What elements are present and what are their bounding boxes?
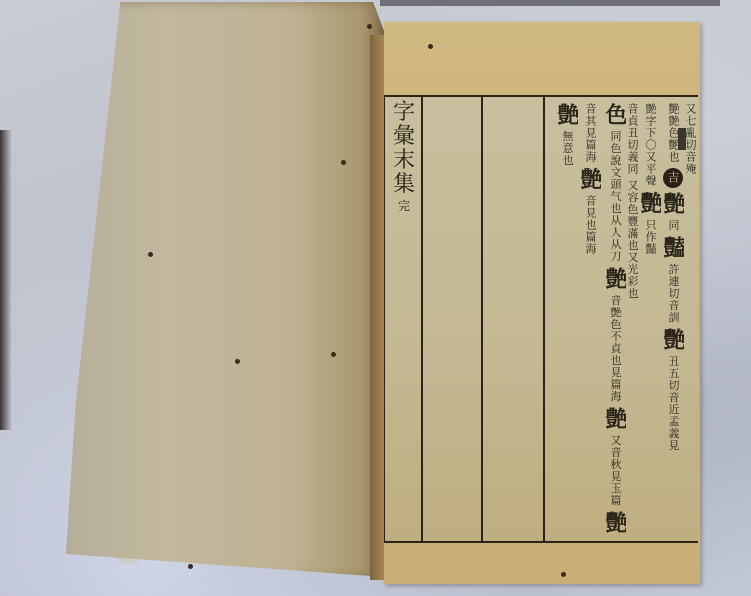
title-char: 字 [393, 101, 415, 125]
table-edge-shadow [0, 130, 12, 430]
book-top-edge [380, 0, 720, 6]
binding-hole [188, 564, 193, 569]
seal-ji-icon: 吉 [663, 168, 683, 188]
dictionary-entries: 又七亂切音殗 艷艶色艷也 吉 艷 同 豔 許連切音訓 艷 丑五切音近孟義見 艶字… [529, 103, 696, 537]
entry-column: 音其見篇海 艶 音見也篇海 [579, 103, 601, 537]
binding-hole [235, 359, 240, 364]
title-char: 末 [393, 149, 415, 173]
left-page [66, 2, 386, 577]
column-rule [481, 97, 483, 541]
binding-hole [341, 160, 346, 165]
entry-column: 色 同色說文頭气也从人从刀 艶 音艶色不貞也見篇海 艶 又音秋見玉篇 艷 補 [602, 103, 626, 537]
page-tab-marker [678, 128, 686, 150]
printed-frame: 字 彙 末 集 完 又七亂切音殗 艷艶色艷也 吉 艷 同 豔 許連切音訓 艷 丑… [384, 95, 698, 543]
title-suffix: 完 [398, 199, 410, 213]
entry-column: 艷艶色艷也 吉 艷 同 豔 許連切音訓 艷 丑五切音近孟義見 [662, 103, 684, 537]
column-rule [421, 97, 423, 541]
binding-hole [561, 572, 566, 577]
binding-hole [148, 252, 153, 257]
entry-column: 音貞丑切義同 又容色豐滿也又光彩也 [627, 103, 638, 537]
entry-column: 又七亂切音殗 [685, 103, 696, 537]
entry-column: 艶字下〇又平聲 艷 只作豔 [639, 103, 661, 537]
binding-hole [428, 44, 433, 49]
book-photo: 字 彙 末 集 完 又七亂切音殗 艷艶色艷也 吉 艷 同 豔 許連切音訓 艷 丑… [0, 0, 751, 596]
binding-hole [331, 352, 336, 357]
title-char: 彙 [393, 125, 415, 149]
volume-title: 字 彙 末 集 完 [389, 101, 419, 213]
title-char: 集 [393, 173, 415, 197]
entry-column: 艶 無意也 [556, 103, 578, 537]
binding-hole [367, 24, 372, 29]
